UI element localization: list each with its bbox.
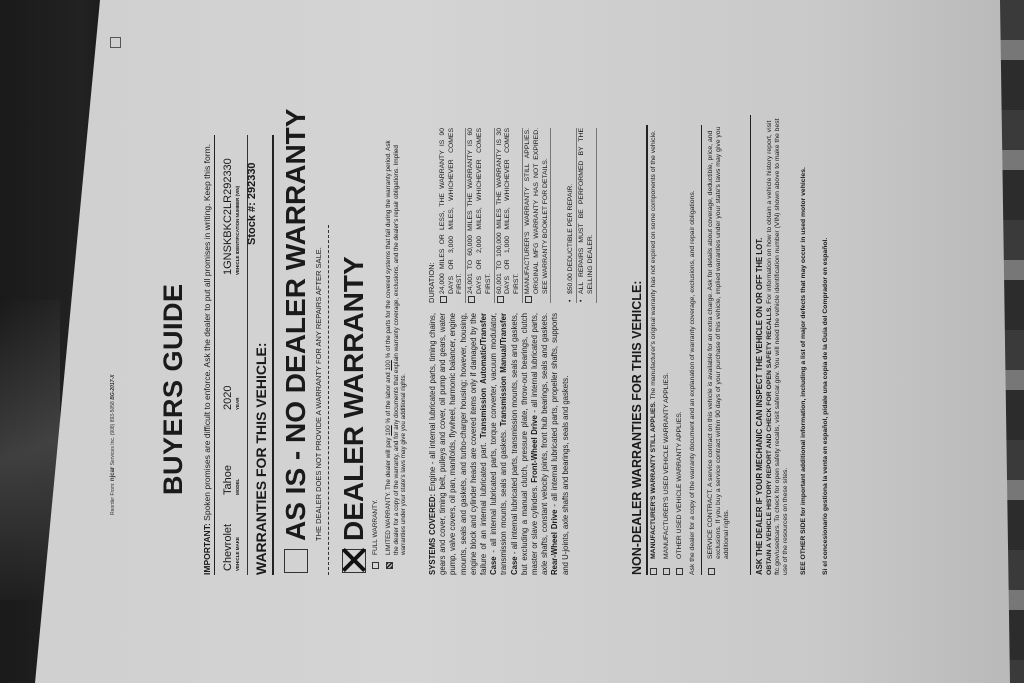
limited-warranty-text: LIMITED WARRANTY. The dealer will pay 10… <box>385 135 408 555</box>
full-warranty-label: FULL WARRANTY. <box>372 500 379 555</box>
duration-checkbox[interactable] <box>497 296 504 303</box>
stock-number: Stock #: 292330 <box>246 162 258 245</box>
duration-option[interactable]: 24,000 MILES OR LESS, THE WARRANTY IS 90… <box>439 128 466 303</box>
vehicle-info-row: Chevrolet VEHICLE MAKE Tahoe MODEL 2020 … <box>222 135 248 575</box>
non-dealer-option[interactable]: MANUFACTURER'S USED VEHICLE WARRANTY APP… <box>663 125 671 575</box>
ask-mechanic-notice: ASK THE DEALER IF YOUR MECHANIC CAN INSP… <box>750 115 764 575</box>
corner-checkbox[interactable] <box>110 37 121 48</box>
spanish-notice: Si el concesionario gestiona la venta en… <box>822 115 829 575</box>
printer-credit: Reorder From: njcar Services Inc. (908) … <box>110 374 116 515</box>
vehicle-model: Tahoe MODEL <box>222 465 240 495</box>
parts-percent: 100 <box>385 360 392 371</box>
vehicle-year: 2020 YEAR <box>222 386 240 410</box>
as-is-title: AS IS - NO DEALER WARRANTY <box>280 109 312 541</box>
form-number: BG-2017-X <box>110 374 116 399</box>
service-contract-checkbox[interactable] <box>708 568 715 575</box>
dashed-divider <box>328 225 329 575</box>
non-dealer-checkbox[interactable] <box>676 568 683 575</box>
full-warranty-checkbox[interactable] <box>372 562 379 569</box>
vehicle-make: Chevrolet VEHICLE MAKE <box>222 524 240 571</box>
divider <box>646 125 648 575</box>
page-title: BUYERS GUIDE <box>158 283 189 495</box>
buyers-guide-form: Reorder From: njcar Services Inc. (908) … <box>110 75 870 575</box>
warranty-note: Ask the dealer for a copy of the warrant… <box>689 125 697 575</box>
dealer-warranty-title: DEALER WARRANTY <box>338 256 370 541</box>
divider <box>272 135 274 575</box>
warranties-heading: WARRANTIES FOR THIS VEHICLE: <box>253 342 269 575</box>
as-is-checkbox[interactable] <box>284 549 308 573</box>
vehicle-vin: 1GNSKBKC2LR292330 VEHICLE IDENTIFICATION… <box>222 158 240 275</box>
limited-warranty-checkbox[interactable] <box>386 562 393 569</box>
duration-label: DURATION: <box>428 128 437 303</box>
see-other-side-notice: SEE OTHER SIDE for important additional … <box>800 115 808 575</box>
as-is-subtitle: THE DEALER DOES NOT PROVIDE A WARRANTY F… <box>314 247 323 541</box>
duration-option[interactable]: 60,001 TO 100,000 MILES THE WARRANTY IS … <box>496 128 523 303</box>
printer-brand: njcar <box>110 467 116 481</box>
non-dealer-checkbox[interactable] <box>650 568 657 575</box>
service-contract-option[interactable]: SERVICE CONTRACT. A service contract on … <box>701 125 731 575</box>
duration-checkbox[interactable] <box>525 296 532 303</box>
non-dealer-option[interactable]: OTHER USED VEHICLE WARRANTY APPLIES. <box>676 125 684 575</box>
duration-option[interactable]: 24,001 TO 60,000 MILES THE WARRANTY IS 6… <box>467 128 494 303</box>
duration-column: DURATION: 24,000 MILES OR LESS, THE WARR… <box>428 128 597 303</box>
non-dealer-option[interactable]: MANUFACTURER'S WARRANTY STILL APPLIES. T… <box>650 125 658 575</box>
history-report-notice: OBTAIN A VEHICLE HISTORY REPORT AND CHEC… <box>766 115 791 575</box>
labor-percent: 100 <box>385 425 392 436</box>
duration-checkbox[interactable] <box>468 296 475 303</box>
non-dealer-list: MANUFACTURER'S WARRANTY STILL APPLIES. T… <box>650 125 731 575</box>
non-dealer-heading: NON-DEALER WARRANTIES FOR THIS VEHICLE: <box>630 281 644 575</box>
deductible-note: $50.00 DEDUCTIBLE PER REPAIR. <box>567 128 577 303</box>
duration-option[interactable]: MANUFACTURER'S WARRANTY STILL APPLIES. O… <box>524 128 551 303</box>
repairs-note: ALL REPAIRS MUST BE PERFORMED BY THE SEL… <box>578 128 597 303</box>
important-notice: IMPORTANT: Spoken promises are difficult… <box>202 135 215 575</box>
non-dealer-checkbox[interactable] <box>663 568 670 575</box>
duration-checkbox[interactable] <box>440 296 447 303</box>
systems-covered: SYSTEMS COVERED: Engine - all internal l… <box>428 313 571 575</box>
dealer-warranty-checkbox[interactable] <box>342 549 366 573</box>
